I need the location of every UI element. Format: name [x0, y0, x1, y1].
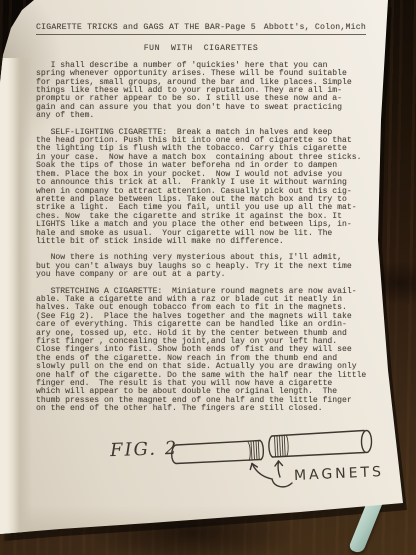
cigarette-drawing: [156, 417, 386, 499]
arrow-left-icon: [250, 464, 272, 480]
arrow-right-icon: [275, 461, 283, 477]
magnet-hatch-right: [275, 435, 289, 457]
paragraph-self-lighting-cigarette: SELF-LIGHTING CIGARETTE: Break a match i…: [36, 129, 372, 247]
photo-of-document: CIGARETTE TRICKS and GAGS AT THE BAR-Pag…: [0, 0, 416, 555]
magnet-hatch-left: [248, 441, 259, 461]
cigarette-left-half: [172, 441, 264, 464]
cigarette-right-half: [269, 431, 372, 458]
paragraph-stretching-cigarette: STRETCHING A CIGARETTE: Miniature round …: [36, 288, 372, 414]
paragraph-remark: Now there is nothing very mysterious abo…: [36, 254, 372, 279]
arrow-connector-stroke: [272, 479, 292, 487]
header-title: CIGARETTE TRICKS and GAGS AT THE BAR-Pag…: [36, 24, 256, 32]
document-page: CIGARETTE TRICKS and GAGS AT THE BAR-Pag…: [0, 0, 416, 555]
page-header: CIGARETTE TRICKS and GAGS AT THE BAR-Pag…: [36, 24, 366, 35]
paragraph-intro: I shall describe a number of 'quickies' …: [36, 62, 372, 121]
section-title: FUN WITH CIGARETTES: [36, 45, 366, 53]
page-content: CIGARETTE TRICKS and GAGS AT THE BAR-Pag…: [36, 24, 372, 414]
header-location: Abbott's, Colon,Mich: [264, 24, 366, 32]
